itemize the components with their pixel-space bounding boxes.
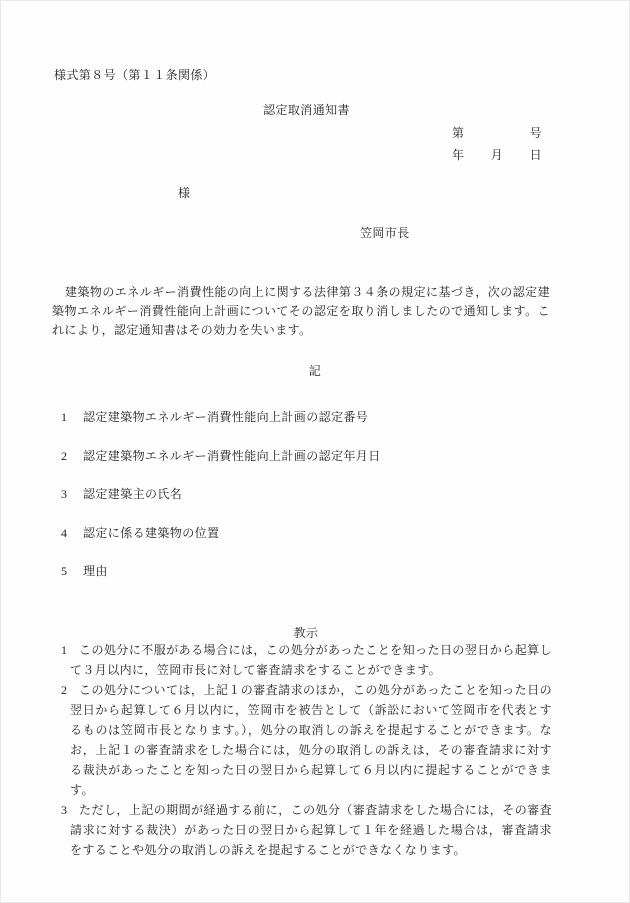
list-item: 5理由 bbox=[52, 562, 108, 579]
notice-paragraph: 2この処分については，上記１の審査請求のほか，この処分があったことを知った日の翌… bbox=[52, 680, 552, 800]
doc-number-prefix: 第 bbox=[452, 124, 464, 141]
document-number-row: 第 号 bbox=[452, 124, 542, 141]
paragraph-text: この処分については，上記１の審査請求のほか，この処分があったことを知った日の翌日… bbox=[70, 683, 552, 797]
list-item: 4認定に係る建築物の位置 bbox=[52, 524, 219, 541]
addressee-honorific: 様 bbox=[178, 184, 190, 201]
paragraph-number: 1 bbox=[61, 640, 79, 660]
notice-section: 1この処分に不服がある場合には，この処分があったことを知った日の翌日から起算して… bbox=[52, 640, 552, 860]
list-item: 3認定建築主の氏名 bbox=[52, 485, 182, 502]
paragraph-text: この処分に不服がある場合には，この処分があったことを知った日の翌日から起算して３… bbox=[70, 643, 552, 677]
item-text: 認定建築主の氏名 bbox=[83, 487, 182, 501]
item-number: 3 bbox=[61, 487, 83, 502]
item-text: 認定建築物エネルギー消費性能向上計画の認定年月日 bbox=[83, 449, 381, 463]
item-number: 1 bbox=[61, 410, 83, 425]
item-text: 認定に係る建築物の位置 bbox=[83, 526, 219, 540]
item-number: 4 bbox=[61, 526, 83, 541]
date-year-label: 年 bbox=[452, 146, 464, 163]
item-number: 5 bbox=[61, 564, 83, 579]
document-page: 様式第８号（第１１条関係） 認定取消通知書 第 号 年 月 日 様 笠岡市長 建… bbox=[0, 0, 630, 903]
item-number: 2 bbox=[61, 449, 83, 464]
list-heading: 記 bbox=[0, 362, 630, 379]
paragraph-number: 2 bbox=[61, 680, 79, 700]
list-item: 2認定建築物エネルギー消費性能向上計画の認定年月日 bbox=[52, 447, 381, 464]
notice-paragraph: 1この処分に不服がある場合には，この処分があったことを知った日の翌日から起算して… bbox=[52, 640, 552, 680]
body-paragraph: 建築物のエネルギー消費性能の向上に関する法律第３４条の規定に基づき，次の認定建築… bbox=[52, 283, 550, 340]
issuer-name: 笠岡市長 bbox=[360, 224, 410, 241]
date-day-label: 日 bbox=[530, 146, 542, 163]
paragraph-text: ただし，上記の期間が経過する前に，この処分（審査請求をした場合には，その審査請求… bbox=[70, 803, 552, 857]
notice-heading: 教示 bbox=[0, 624, 612, 641]
item-text: 理由 bbox=[83, 564, 108, 578]
list-item: 1認定建築物エネルギー消費性能向上計画の認定番号 bbox=[52, 408, 368, 425]
form-number-label: 様式第８号（第１１条関係） bbox=[54, 66, 215, 83]
document-title: 認定取消通知書 bbox=[0, 101, 613, 118]
date-row: 年 月 日 bbox=[452, 146, 542, 163]
doc-number-suffix: 号 bbox=[530, 124, 542, 141]
notice-paragraph: 3ただし，上記の期間が経過する前に，この処分（審査請求をした場合には，その審査請… bbox=[52, 800, 552, 860]
item-text: 認定建築物エネルギー消費性能向上計画の認定番号 bbox=[83, 410, 368, 424]
date-month-label: 月 bbox=[491, 146, 503, 163]
paragraph-number: 3 bbox=[61, 800, 79, 820]
